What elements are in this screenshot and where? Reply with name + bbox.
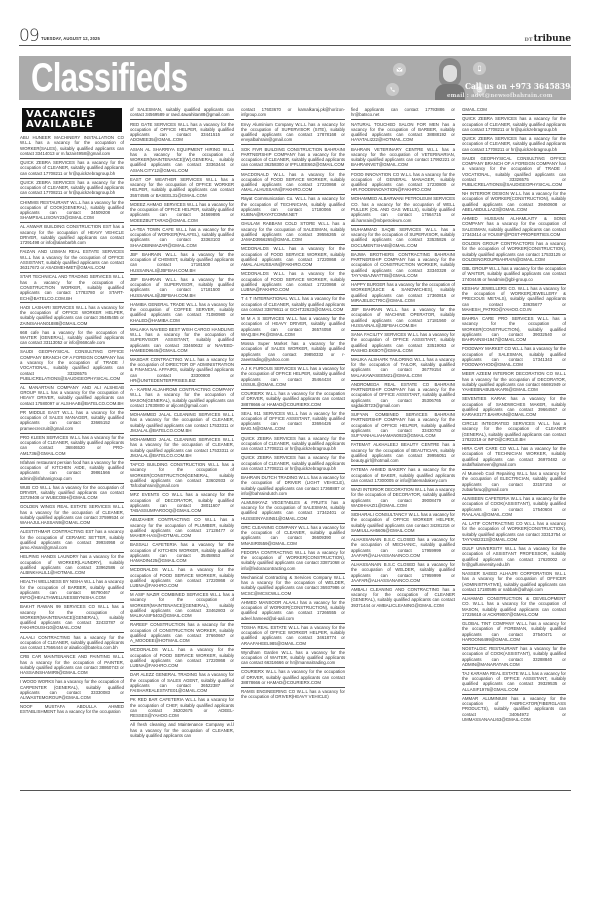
ad-column-3: contact 17603670 or kamalkaraj.pk@horizo…: [241, 106, 345, 790]
classified-ad: BAJWA BROTHERS CONTRACTING BAHRAINI PART…: [351, 251, 455, 281]
classified-ad: ALESTITHMAR CONTRACTING EST has a vacanc…: [20, 528, 124, 553]
classified-ad: NH INTERIOR DESIGN W.L.L has a vacancy f…: [462, 190, 566, 215]
tribune-logo: DTtribune: [525, 34, 572, 44]
classified-ad: contact 17603670 or kamalkaraj.pk@horizo…: [241, 106, 345, 120]
classified-ad: AHMED MANSOOR ALAALI has a vacancy for t…: [241, 599, 345, 624]
classified-ad: GRC CLEANING COMPANY W.L.L has a vacancy…: [241, 524, 345, 549]
classified-ad: ASIAN AL SHARRIYA EQUIPMENT HIRING W.L.L…: [130, 145, 234, 175]
classified-ad: MALAIKA NAVEED BEST WISH CARGO HANDLING …: [130, 325, 234, 355]
classified-ad: MOHAMMED ALBARWANI PETROLEUM SERVICES CO…: [351, 195, 455, 225]
classified-ad: JBF BAHRAIN W.L.L has a vacancy for the …: [130, 251, 234, 276]
classified-ad: 668 cafe has a vacancy for the occupatio…: [20, 328, 124, 348]
classified-ad: MEER AZEEM INTERIOR DECORATION CO W.L.L …: [462, 370, 566, 395]
classified-ad: DAR ALEZZ GENERAL TRADING has a vacancy …: [130, 671, 234, 696]
classified-ad: LA-TEA TOWN CAFE W.L.L has a vacancy for…: [130, 226, 234, 251]
classified-ad: ALHASSANAIN B.S.C CLOSED has a vacancy f…: [351, 536, 455, 561]
bottom-rule: [20, 790, 571, 791]
classified-ad: ALMUMAYAZ VEGETABLES & FRUITS has a vaca…: [241, 499, 345, 524]
classified-ad: JBF BAHRAIN W.L.L has a vacancy for the …: [351, 306, 455, 331]
classified-ad: RAREEF CONSTRUCTION has a vacancy for th…: [130, 621, 234, 646]
classified-ad: QUICK ZEBRA SERVICES has a vacancy for t…: [20, 179, 124, 199]
classified-ad: AL MANARTAIN COMPANY AND ALI ALSHEAB GRO…: [20, 384, 124, 409]
classified-ad: SEAL 911 SERVICES W.L.L has a vacancy fo…: [241, 409, 345, 434]
envelope-icon: [393, 63, 406, 76]
classified-ad: TAFCO BUILDING CONSTRUCTION W.L.L has a …: [130, 461, 234, 491]
classified-ad: STAR TECHNICAL AND TRADING SERVICES W.L.…: [20, 273, 124, 303]
classified-ad: HAMIBA GENERAL TRADE W.L.L has a vacancy…: [130, 300, 234, 325]
page-number: 09: [19, 26, 39, 46]
classified-ad: T 4 T INTERNATIONAL W.L.L has a vacancy …: [241, 295, 345, 315]
email-contact: email : advt@newsofbahrain.com: [447, 93, 553, 99]
classified-ad: GOLDEN GROUP CONTRACTORS has a vacancy f…: [462, 240, 566, 265]
classified-ad: GHULAM RABBANI COLD STORE W.L.L has a va…: [241, 220, 345, 245]
classified-ad: ALAALI CONTRACTING has a vacancy for the…: [20, 633, 124, 653]
classified-ad: QUICK ZEBRA SERVICES has a vacancy for t…: [20, 159, 124, 179]
classifieds-banner: Classifieds Call us on +973 36458394 ema…: [19, 56, 571, 100]
classified-ad: GULF UNIVERSITY W.L.L has a vacancy for …: [462, 545, 566, 570]
classified-ad: SIDHARALI CONSULTANCY W.L.L has a vacanc…: [351, 511, 455, 536]
classified-ad: MASDAR CONTRACTING W.L.L has a vacancy f…: [130, 356, 234, 386]
ad-list: GMAIL.COMQUICK ZEBRA SERVICES has a vaca…: [462, 106, 566, 724]
logo-mark: DT: [525, 37, 533, 43]
classified-ad: CHIMMIS RESTAURANT W.L.L has a vacancy f…: [20, 198, 124, 223]
classified-ad: AMBALI CLEANING AND CONTRACTING has a va…: [351, 586, 455, 610]
section-title: Classifieds: [31, 58, 187, 98]
classified-ad: fied applicants can contact 17793886 or …: [351, 106, 455, 120]
classified-ad: MOHAMMED JALAL CLEANING SERVICES W.L.L h…: [130, 411, 234, 436]
classified-ad: CIRCLE INTEGRATED SERVICES W.L.L has a v…: [462, 420, 566, 445]
classified-ad: SEVENTIES KARAK has a vacancy for the oc…: [462, 395, 566, 420]
classified-ad: GMAIL.COM: [462, 106, 566, 115]
classified-ad: SAUDI GEOPHYSICAL CONSULTING OFFICE COMP…: [462, 154, 566, 190]
classified-ad: TAJ KARAMA REAL ESTATE W.L.L has a vacan…: [462, 670, 566, 695]
mobile-icon: [473, 62, 486, 75]
classified-ad: HIRA CAR CARE CO W.L.L has a vacancy for…: [462, 445, 566, 470]
classified-ad: of SALESMAN, suitably qualified applican…: [130, 106, 234, 120]
phone-contact: Call us on +973 36458394: [465, 82, 571, 92]
classified-ad: Wyndham Garden W.L.L has a vacancy for t…: [241, 649, 345, 669]
classified-ad: HADI LASHARI SERVICES W.L.L has a vacanc…: [20, 303, 124, 328]
ad-list: contact 17603670 or kamalkaraj.pk@horizo…: [241, 106, 345, 701]
classified-ad: NOOF MUSTAFA ABDULLA AHMED ESTABLISHMENT…: [20, 703, 124, 716]
classified-ad: QUICK ZEBRA SERVICES has a vacancy for t…: [241, 454, 345, 474]
classified-ad: FATEMA AHMED BAKERY has a vacancy for th…: [351, 466, 455, 486]
classified-ad: Rayat Communication Co. W.L.L has a vaca…: [241, 195, 345, 220]
publication-date: TUESDAY, AUGUST 12, 2025: [41, 36, 100, 41]
classified-ad: NOSTALGIC RESTAURANT has a vacancy for t…: [462, 645, 566, 670]
classified-ad: MCDONALDS W.L.L has a vacancy for the oc…: [130, 566, 234, 591]
classified-ad: FAIZAN AND USMAN REAL ESTATE SERVICES W.…: [20, 248, 124, 273]
classified-ad: SUFYAN COMBINED SERVICES BAHRAINI PARTNE…: [351, 411, 455, 441]
classified-ad: Mechanical Contracting & Services Compan…: [241, 574, 345, 599]
classified-ad: PR MIDDLE EAST W.L.L has a vacancy for t…: [20, 409, 124, 434]
classified-ad: ALHAMAD CONSTRUCTION & DEVELOPMENT CO. W…: [462, 595, 566, 620]
classified-ad: NASSER SAEED ALHAJRI CORPORATION W.L.L h…: [462, 570, 566, 595]
ad-list: ABU HUNEER MACHINERY INSTALLATION CO W.L…: [20, 134, 124, 716]
classified-ad: ABUZAHER CONTRACTING CO W.L.L has a vaca…: [130, 516, 234, 541]
classified-ad: Isfahani restaurant persian food has a v…: [20, 459, 124, 484]
classified-ad: BAKHT RAWAN 99 SERVICES CO W.L.L has a v…: [20, 603, 124, 633]
classified-ad: MCDONALDS W.L.L has a vacancy for the oc…: [241, 270, 345, 295]
classified-ad: NATURAL TOUCHED SALON FOR MEN has a vaca…: [351, 120, 455, 145]
classified-ad: FOODWAY MARKET CO W.L.L has a vacancy fo…: [462, 345, 566, 370]
logo-text: tribune: [534, 34, 571, 44]
classified-ad: SANA FACILITY SERVICES W.L.L has a vacan…: [351, 331, 455, 356]
classified-ad: M ASIF NAZIR COMBINED SERVICES W.L.L has…: [130, 591, 234, 621]
classified-ad: GLOBAL TINT COMPANY W.L.L has a vacancy …: [462, 620, 566, 645]
classified-ad: M M A S SERVICES W.L.L has a vacancy for…: [241, 315, 345, 340]
classified-ad: A J K FURIOUS SERVICES W.L.L has a vacan…: [241, 365, 345, 390]
classified-ad: GOLDEN WINGS REAL ESTATE SERVICES W.L.L …: [20, 503, 124, 528]
classified-ad: COURIERX W.L.L has a vacancy for the occ…: [241, 390, 345, 410]
classified-ad: MALIKA ALSHARK TAILORING W.L.L has a vac…: [351, 356, 455, 381]
classified-ad: SAUDI GEOPHYSICAL CONSULTING OFFICE COMP…: [20, 348, 124, 384]
classified-ad: WAZI INTERIOR DECORATION W.L.L has a vac…: [351, 486, 455, 511]
classified-ad: QUICK ZEBRA SERVICES has a vacancy for t…: [462, 115, 566, 135]
classified-ad: PRO KLEEN SERVICES W.L.L has a vacancy f…: [20, 434, 124, 459]
ad-column-1: VACANCIES AVAILABLE ABU HUNEER MACHINERY…: [20, 106, 124, 790]
classified-ad: ALHASSANAIN B.S.C CLOSED has a vacancy f…: [351, 561, 455, 586]
classified-ad: All fresh cleaning and Maintenance Compa…: [130, 721, 234, 740]
classified-ad: MOEEZ AHMAD SERVICES W.L.L has a vacancy…: [130, 201, 234, 226]
classified-ad: QUICK ZEBRA SERVICES has a vacancy for t…: [241, 434, 345, 454]
classified-ad: MFZ EVENTS CO W.L.L has a vacancy for th…: [130, 491, 234, 516]
classified-ad: FATEMAT ALKHALEEJ BEAUTY CENTRE has a va…: [351, 441, 455, 466]
classified-ad: AL LATIF CONTRACTING CO W.L.L has a vaca…: [462, 520, 566, 545]
classified-ad: COURIERX W.L.L has a vacancy for the occ…: [241, 668, 345, 688]
classified-ad: I WOOD WORKS has a vacancy for the occup…: [20, 678, 124, 703]
classified-ad: FOOD INNOVATION CO W.L.L has a vacancy f…: [351, 170, 455, 195]
classified-ad: KESHAV JEWELLERS CO. W.L.L has a vacancy…: [462, 285, 566, 315]
classified-ad: A - KARIM ALJAHROMI CONTRACTING COMPANY …: [130, 386, 234, 411]
classified-ad: BAHRAIN DUTCH TRADING W.L.L has a vacanc…: [241, 474, 345, 499]
classified-ad: TOSHA REAL ESTATE W.L.L has a vacancy fo…: [241, 624, 345, 649]
classified-ad: BASSALI CAFETERIA has a vacancy for the …: [130, 541, 234, 566]
classified-ad: MCDONALDS W.L.L has a vacancy for the oc…: [241, 245, 345, 270]
classified-ad: HELPING HANDS LAUNDRY has a vacancy for …: [20, 553, 124, 578]
classified-ad: HAPPY BURGER has a vacancy for the occup…: [351, 281, 455, 306]
classified-ad: WUB CO W.L.L has a vacancy for the occup…: [20, 484, 124, 504]
classified-ad: SOK FIVR BUILDING CONSTRUCTION BAHRAINI …: [241, 145, 345, 170]
ad-column-2: of SALESMAN, suitably qualified applican…: [130, 106, 234, 790]
vacancies-heading: VACANCIES AVAILABLE: [22, 108, 122, 132]
classified-ad: Mossa Super Market has a vacancy for the…: [241, 340, 345, 365]
ad-list: of SALESMAN, suitably qualified applican…: [130, 106, 234, 740]
masthead: 09 TUESDAY, AUGUST 12, 2025 DTtribune: [19, 26, 571, 46]
classified-ad: AHMED HUSSAIN ALHAMLAITY & SONS COMPANY …: [462, 215, 566, 240]
classified-ad: HEALTH WELLNESS BY NISHA W.L.L has a vac…: [20, 578, 124, 603]
classified-ad: ANDROMEDA REAL ESTATE CO BAHRAINI PARTNE…: [351, 381, 455, 411]
classified-ad: PK RED BAR CAFETERIA W.L.L has a vacancy…: [130, 696, 234, 721]
classified-ad: AL ANWAR BUILDING CONSTRUCTION EST has a…: [20, 223, 124, 248]
classified-ad: RAMIS ENGINEERING CO W.L.L has a vacancy…: [241, 688, 345, 701]
classified-ad: ABU HUNEER MACHINERY INSTALLATION CO W.L…: [20, 134, 124, 159]
classified-ad: RED GATE SERVICES W.L.L has a vacancy fo…: [130, 120, 234, 145]
classified-ad: BAHRAIN VETERINARY CENTRE W.L.L has a va…: [351, 145, 455, 170]
classified-ad: ALNISEEN CAFETERIA W.L.L has a vacancy f…: [462, 495, 566, 520]
ad-column-4: fied applicants can contact 17793886 or …: [351, 106, 455, 790]
ad-list: fied applicants can contact 17793886 or …: [351, 106, 455, 610]
classified-ad: AMMAR ALUMINIUM has a vacancy for the oc…: [462, 695, 566, 724]
classified-ad: Al Muneeb Cool Repairing W.L.L has a vac…: [462, 470, 566, 495]
classified-ad: FEDORA CONTRACTING W.L.L has a vacancy f…: [241, 549, 345, 574]
classified-ad: MACDONALD W.L.L has a vacancy for the oc…: [241, 170, 345, 195]
phone-icon: [386, 83, 399, 96]
heading-line-2: AVAILABLE: [26, 120, 118, 130]
classified-ad: JBF BAHRAIN W.L.L has a vacancy for the …: [130, 275, 234, 300]
classified-ad: BAHRIA CARE PRO SERVICES W.L.L has a vac…: [462, 315, 566, 345]
classified-ad: CRB CAR MAINTENANCE AND PAINTING W.L.L h…: [20, 653, 124, 678]
classified-ad: GBL GROUP W.L.L has a vacancy for the oc…: [462, 265, 566, 285]
classified-ad: Envy Aluminium Company W.L.L has a vacan…: [241, 120, 345, 145]
classified-ad: QUICK ZEBRA SERVICES has a vacancy for t…: [462, 135, 566, 155]
mascot-face: [443, 65, 457, 82]
ad-column-5: GMAIL.COMQUICK ZEBRA SERVICES has a vaca…: [462, 106, 566, 790]
classified-ad: MOHAMMED JALAL CLEANING SERVICES W.L.L h…: [130, 436, 234, 461]
classified-ad: MUHAMMAD SAQIB SERVICES W.L.L has a vaca…: [351, 226, 455, 251]
classified-ad: MCDONALDS W.L.L has a vacancy for the oc…: [130, 646, 234, 671]
classified-ad: EAST OF WEATHER SERVICES W.L.L has a vac…: [130, 176, 234, 201]
